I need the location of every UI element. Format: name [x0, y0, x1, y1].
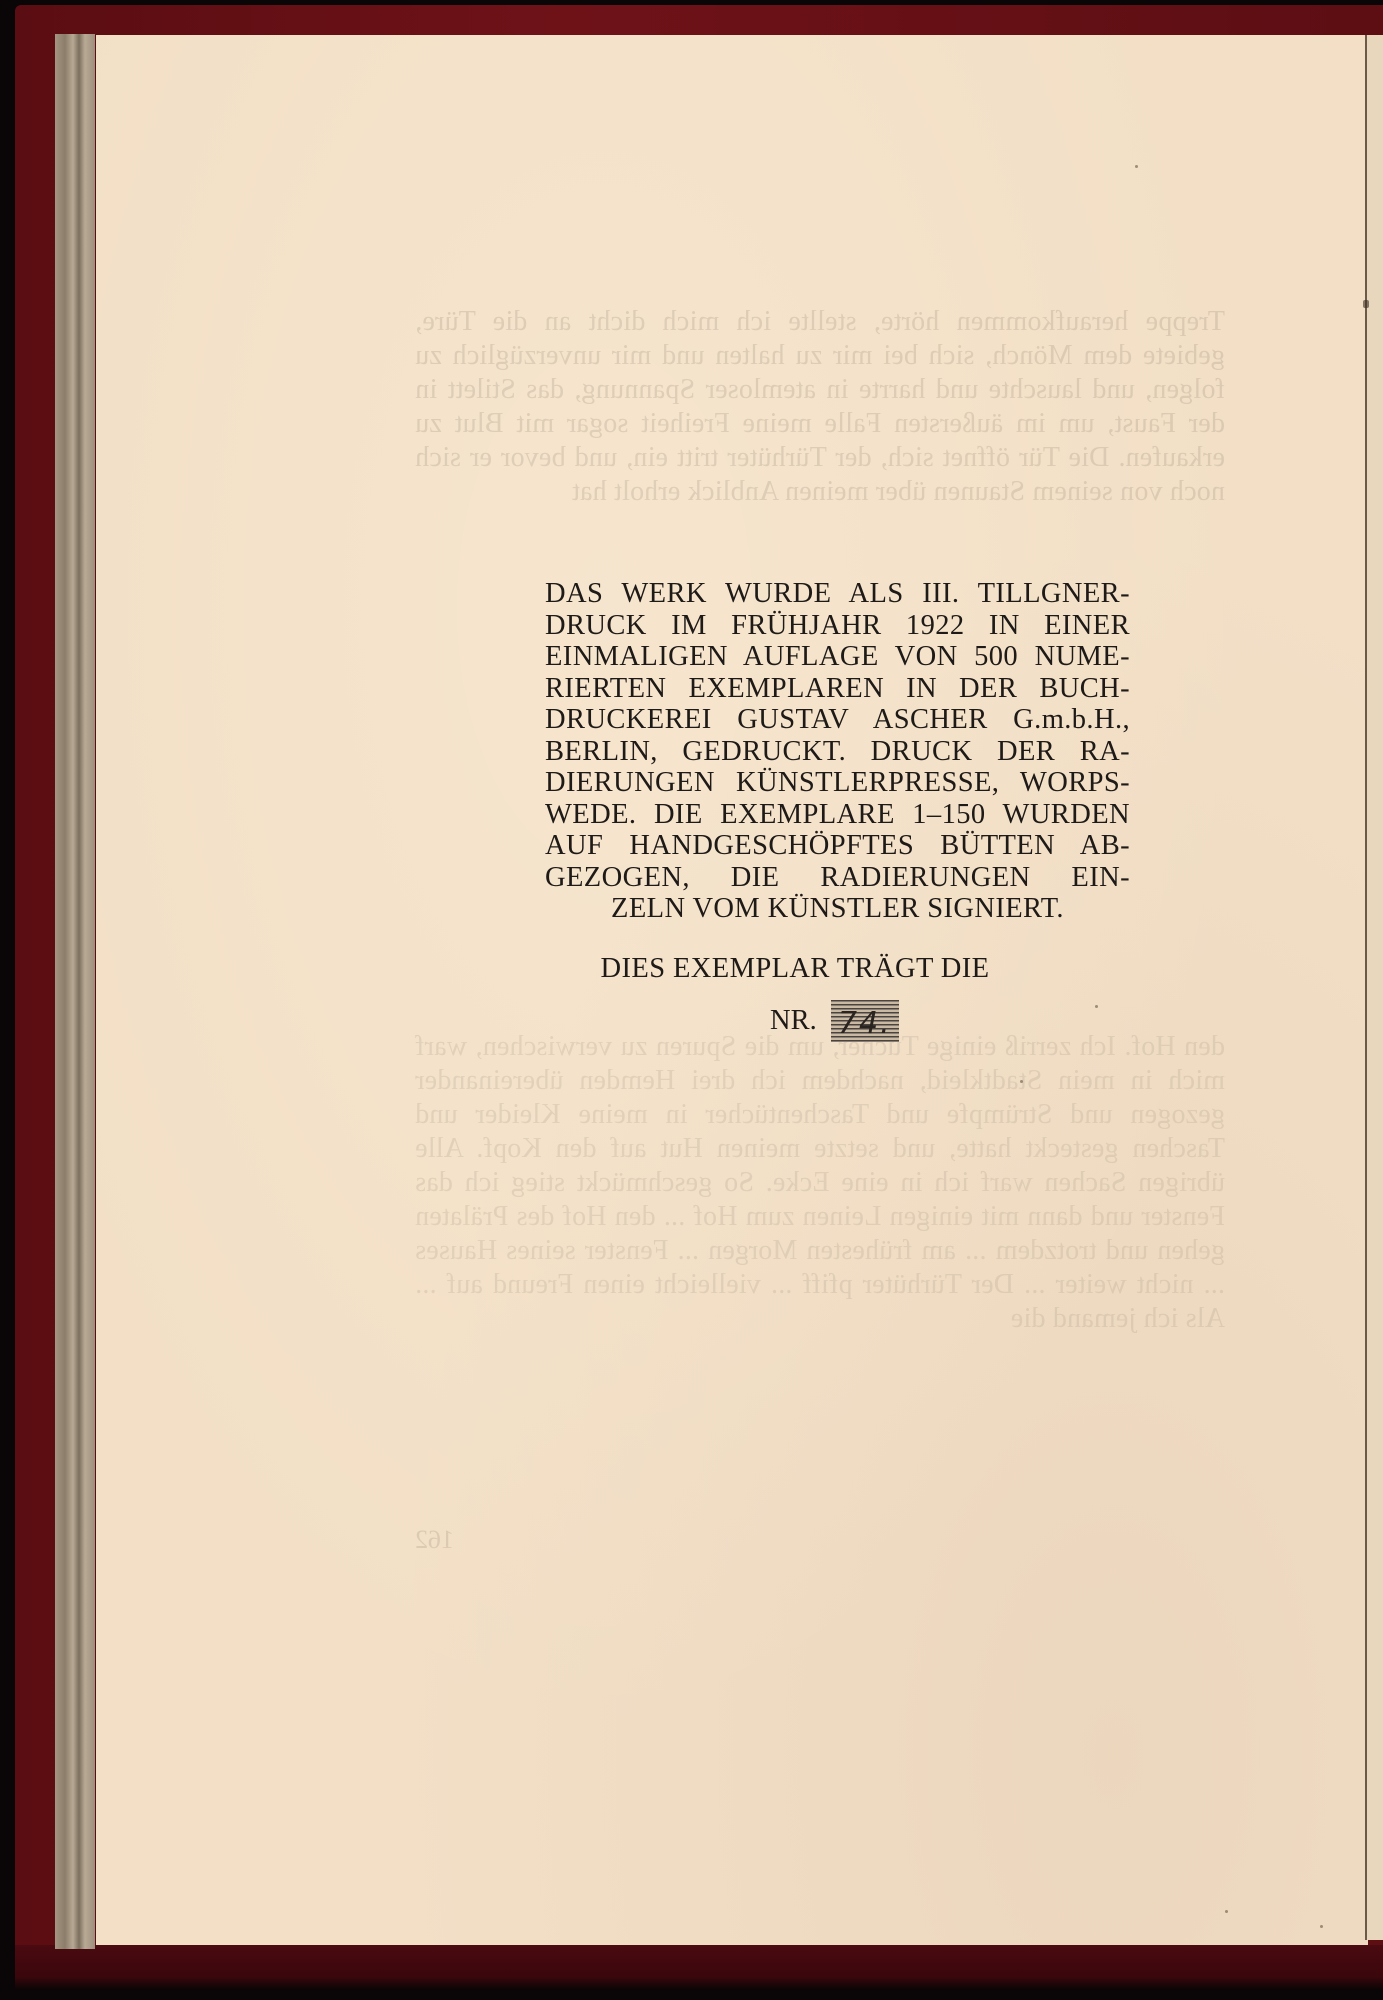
colophon-line: WEDE. DIE EXEMPLARE 1–150 WURDEN	[545, 799, 1130, 831]
colophon-line: BERLIN, GEDRUCKT. DRUCK DER RA-	[545, 736, 1130, 768]
colophon-line: AUF HANDGESCHÖPFTES BÜTTEN AB-	[545, 830, 1130, 862]
next-page-edge	[1365, 35, 1383, 1940]
page-stack-gutter	[55, 34, 95, 1949]
paper-speck	[1020, 1080, 1023, 1083]
number-label: NR.	[770, 1005, 817, 1037]
paper-speck	[1320, 1925, 1323, 1928]
hatched-number-box: 74.	[831, 1000, 899, 1042]
page-tear-mark	[1363, 300, 1369, 308]
handwritten-copy-number: 74.	[838, 1006, 892, 1041]
paper-speck	[1225, 1910, 1228, 1913]
book-cover-bottom-edge	[15, 1945, 1383, 1990]
paper-speck	[1095, 1005, 1098, 1008]
colophon-line: DIERUNGEN KÜNSTLERPRESSE, WORPS-	[545, 767, 1130, 799]
colophon-line: DRUCK IM FRÜHJAHR 1922 IN EINER	[545, 610, 1130, 642]
copy-number-row: NR. 74.	[770, 1000, 899, 1042]
paper-speck	[1135, 165, 1138, 168]
colophon-line: ZELN VOM KÜNSTLER SIGNIERT.	[545, 893, 1130, 925]
colophon-line: RIERTEN EXEMPLAREN IN DER BUCH-	[545, 673, 1130, 705]
colophon-line: DRUCKEREI GUSTAV ASCHER G.m.b.H.,	[545, 704, 1130, 736]
bleed-through-text-lower: den Hof. Ich zerriß einige Tücher, um di…	[415, 1030, 1225, 1550]
bleed-through-text-top: Treppe heraufkommen hörte, stellte ich m…	[415, 305, 1225, 545]
colophon-line: EINMALIGEN AUFLAGE VON 500 NUME-	[545, 641, 1130, 673]
colophon-block: DAS WERK WURDE ALS III. TILLGNER- DRUCK …	[545, 578, 1130, 925]
colophon-line: DAS WERK WURDE ALS III. TILLGNER-	[545, 578, 1130, 610]
bleed-through-page-number: 162	[415, 1525, 454, 1555]
colophon-line: GEZOGEN, DIE RADIERUNGEN EIN-	[545, 862, 1130, 894]
copy-statement: DIES EXEMPLAR TRÄGT DIE	[545, 953, 1045, 985]
